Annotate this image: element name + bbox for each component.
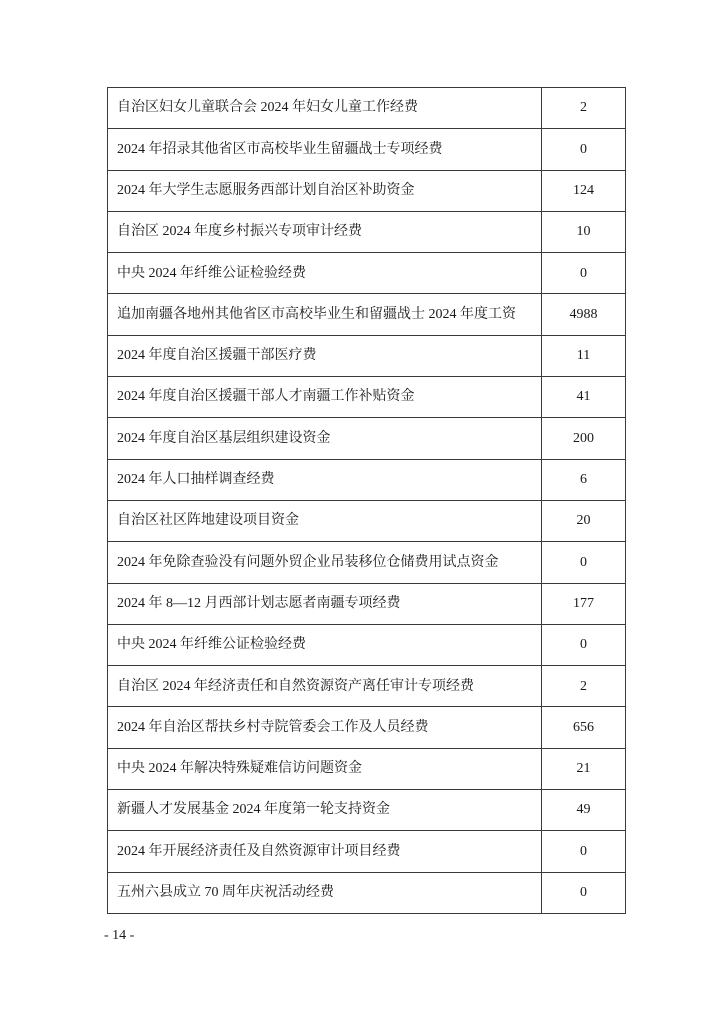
table-row: 自治区 2024 年经济责任和自然资源资产离任审计专项经费2 [108, 666, 626, 707]
item-value-cell: 124 [542, 170, 626, 211]
table-row: 2024 年大学生志愿服务西部计划自治区补助资金124 [108, 170, 626, 211]
table-row: 2024 年自治区帮扶乡村寺院管委会工作及人员经费656 [108, 707, 626, 748]
table-row: 中央 2024 年解决特殊疑难信访问题资金21 [108, 748, 626, 789]
item-value-cell: 6 [542, 459, 626, 500]
item-name-cell: 2024 年免除查验没有问题外贸企业吊装移位仓储费用试点资金 [108, 542, 542, 583]
table-row: 2024 年度自治区援疆干部人才南疆工作补贴资金41 [108, 377, 626, 418]
item-name-cell: 2024 年度自治区援疆干部医疗费 [108, 335, 542, 376]
table-row: 自治区妇女儿童联合会 2024 年妇女儿童工作经费2 [108, 88, 626, 129]
table-row: 五州六县成立 70 周年庆祝活动经费0 [108, 872, 626, 913]
item-name-cell: 2024 年 8—12 月西部计划志愿者南疆专项经费 [108, 583, 542, 624]
item-name-cell: 追加南疆各地州其他省区市高校毕业生和留疆战士 2024 年度工资 [108, 294, 542, 335]
item-value-cell: 656 [542, 707, 626, 748]
item-name-cell: 2024 年开展经济责任及自然资源审计项目经费 [108, 831, 542, 872]
table-row: 自治区社区阵地建设项目资金20 [108, 500, 626, 541]
table-row: 追加南疆各地州其他省区市高校毕业生和留疆战士 2024 年度工资4988 [108, 294, 626, 335]
item-name-cell: 五州六县成立 70 周年庆祝活动经费 [108, 872, 542, 913]
table-row: 自治区 2024 年度乡村振兴专项审计经费10 [108, 211, 626, 252]
table-row: 2024 年 8—12 月西部计划志愿者南疆专项经费177 [108, 583, 626, 624]
item-value-cell: 0 [542, 872, 626, 913]
item-name-cell: 2024 年自治区帮扶乡村寺院管委会工作及人员经费 [108, 707, 542, 748]
table-row: 中央 2024 年纤维公证检验经费0 [108, 253, 626, 294]
item-name-cell: 自治区 2024 年度乡村振兴专项审计经费 [108, 211, 542, 252]
table-row: 2024 年度自治区基层组织建设资金200 [108, 418, 626, 459]
item-value-cell: 0 [542, 129, 626, 170]
budget-table-body: 自治区妇女儿童联合会 2024 年妇女儿童工作经费22024 年招录其他省区市高… [108, 88, 626, 914]
table-row: 2024 年招录其他省区市高校毕业生留疆战士专项经费0 [108, 129, 626, 170]
item-name-cell: 新疆人才发展基金 2024 年度第一轮支持资金 [108, 790, 542, 831]
table-row: 新疆人才发展基金 2024 年度第一轮支持资金49 [108, 790, 626, 831]
item-value-cell: 0 [542, 542, 626, 583]
item-value-cell: 0 [542, 253, 626, 294]
item-value-cell: 2 [542, 88, 626, 129]
table-row: 2024 年免除查验没有问题外贸企业吊装移位仓储费用试点资金0 [108, 542, 626, 583]
item-name-cell: 2024 年度自治区援疆干部人才南疆工作补贴资金 [108, 377, 542, 418]
item-value-cell: 0 [542, 624, 626, 665]
table-row: 2024 年度自治区援疆干部医疗费11 [108, 335, 626, 376]
item-name-cell: 2024 年度自治区基层组织建设资金 [108, 418, 542, 459]
item-name-cell: 自治区 2024 年经济责任和自然资源资产离任审计专项经费 [108, 666, 542, 707]
item-value-cell: 200 [542, 418, 626, 459]
item-value-cell: 20 [542, 500, 626, 541]
table-row: 2024 年人口抽样调查经费6 [108, 459, 626, 500]
item-value-cell: 21 [542, 748, 626, 789]
item-value-cell: 41 [542, 377, 626, 418]
item-value-cell: 10 [542, 211, 626, 252]
page-number: - 14 - [104, 928, 134, 944]
item-name-cell: 中央 2024 年纤维公证检验经费 [108, 624, 542, 665]
item-value-cell: 2 [542, 666, 626, 707]
item-value-cell: 4988 [542, 294, 626, 335]
table-row: 2024 年开展经济责任及自然资源审计项目经费0 [108, 831, 626, 872]
item-name-cell: 自治区妇女儿童联合会 2024 年妇女儿童工作经费 [108, 88, 542, 129]
item-value-cell: 49 [542, 790, 626, 831]
item-value-cell: 11 [542, 335, 626, 376]
item-value-cell: 0 [542, 831, 626, 872]
item-name-cell: 2024 年大学生志愿服务西部计划自治区补助资金 [108, 170, 542, 211]
table-row: 中央 2024 年纤维公证检验经费0 [108, 624, 626, 665]
item-name-cell: 中央 2024 年纤维公证检验经费 [108, 253, 542, 294]
item-name-cell: 2024 年人口抽样调查经费 [108, 459, 542, 500]
item-name-cell: 中央 2024 年解决特殊疑难信访问题资金 [108, 748, 542, 789]
item-name-cell: 2024 年招录其他省区市高校毕业生留疆战士专项经费 [108, 129, 542, 170]
budget-table: 自治区妇女儿童联合会 2024 年妇女儿童工作经费22024 年招录其他省区市高… [107, 87, 626, 914]
item-value-cell: 177 [542, 583, 626, 624]
item-name-cell: 自治区社区阵地建设项目资金 [108, 500, 542, 541]
